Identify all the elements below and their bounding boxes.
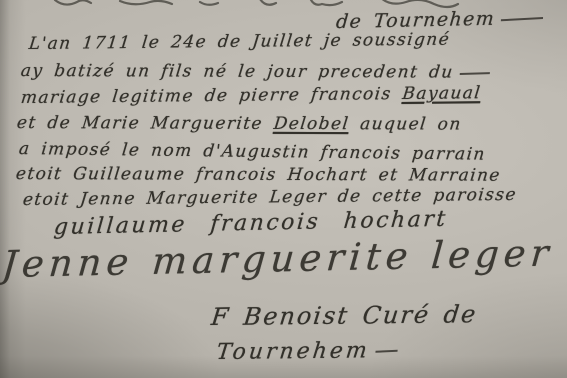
- signature-priest-parish: Tournehem: [215, 338, 399, 365]
- flourish-stroke: [460, 72, 490, 75]
- manuscript-line-3: mariage legitime de pierre francois Baya…: [20, 83, 483, 108]
- parish-name-text: Tournehem: [215, 338, 371, 365]
- line-4-text: et de Marie Marguerite: [16, 113, 275, 134]
- underlined-surname-bayaual: Bayaual: [401, 83, 482, 104]
- manuscript-page: de Tournehem L'an 1711 le 24e de Juillet…: [0, 0, 567, 378]
- manuscript-line-2: ay batizé un fils né le jour precedent d…: [20, 61, 491, 83]
- signature-jenne-leger: Jenne marguerite leger: [0, 231, 555, 286]
- manuscript-line-1: L'an 1711 le 24e de Juillet je soussigné: [28, 30, 451, 54]
- line-3-text: mariage legitime de pierre francois: [20, 84, 404, 108]
- underlined-surname-delobel: Delobel: [273, 114, 351, 134]
- flourish-stroke: [376, 350, 398, 353]
- cutoff-line-strokes: [50, 0, 470, 10]
- signature-priest-benoist: F Benoist Curé de: [210, 300, 479, 331]
- manuscript-line-4: et de Marie Marguerite Delobel auquel on: [16, 113, 463, 135]
- line-4-post: auquel on: [348, 114, 463, 134]
- line-2-text: ay batizé un fils né le jour precedent d…: [20, 61, 455, 83]
- flourish-stroke: [501, 17, 543, 21]
- manuscript-line-5: a imposé le nom d'Augustin francois parr…: [18, 139, 487, 165]
- manuscript-line-6: etoit Guilleaume francois Hochart et Mar…: [15, 164, 502, 186]
